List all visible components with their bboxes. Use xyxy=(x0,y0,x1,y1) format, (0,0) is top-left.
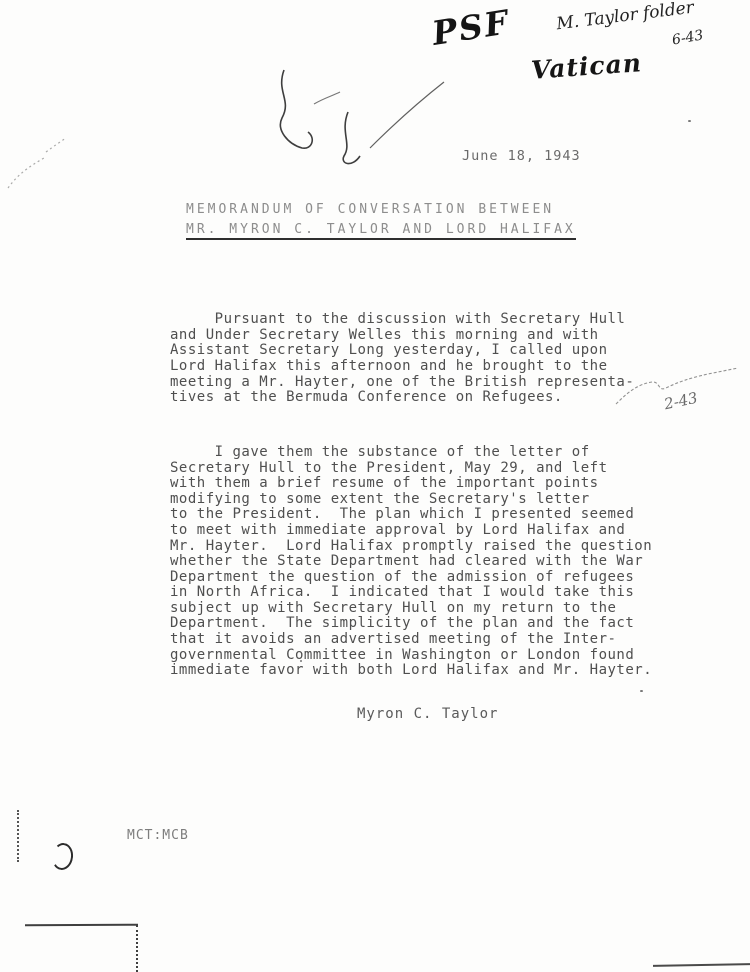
scan-speck xyxy=(688,120,691,122)
typist-initials: MCT:MCB xyxy=(127,828,189,843)
handwritten-scribble-top xyxy=(232,52,447,187)
document-body: Pursuant to the discussion with Secretar… xyxy=(170,281,652,710)
folder-date-handwritten-note: 6-43 xyxy=(671,27,705,48)
scan-speck xyxy=(300,660,302,662)
title-line-1: MEMORANDUM OF CONVERSATION BETWEEN xyxy=(186,202,576,218)
bottom-left-box-top-edge xyxy=(25,924,138,927)
body-paragraph-1: Pursuant to the discussion with Secretar… xyxy=(170,312,652,406)
bottom-left-box-right-edge xyxy=(136,925,138,972)
vatican-handwritten-annotation: Vatican xyxy=(530,48,643,85)
bottom-right-scan-line xyxy=(653,963,750,967)
scan-speck xyxy=(640,690,643,692)
document-date: June 18, 1943 xyxy=(462,148,581,164)
title-line-2: MR. MYRON C. TAYLOR AND LORD HALIFAX xyxy=(186,222,576,240)
signature-line: Myron C. Taylor xyxy=(357,706,498,722)
document-title: MEMORANDUM OF CONVERSATION BETWEEN MR. M… xyxy=(186,202,576,240)
left-margin-dotted-mark xyxy=(17,810,19,862)
body-paragraph-2: I gave them the substance of the letter … xyxy=(170,445,652,679)
psf-handwritten-annotation: PSF xyxy=(429,2,512,53)
circle-pen-mark xyxy=(50,842,75,872)
handwritten-scribble-left-edge xyxy=(0,88,70,198)
taylor-folder-handwritten-note: M. Taylor folder xyxy=(555,0,695,34)
scanned-document-page: PSF M. Taylor folder 6-43 Vatican June 1… xyxy=(0,0,750,972)
